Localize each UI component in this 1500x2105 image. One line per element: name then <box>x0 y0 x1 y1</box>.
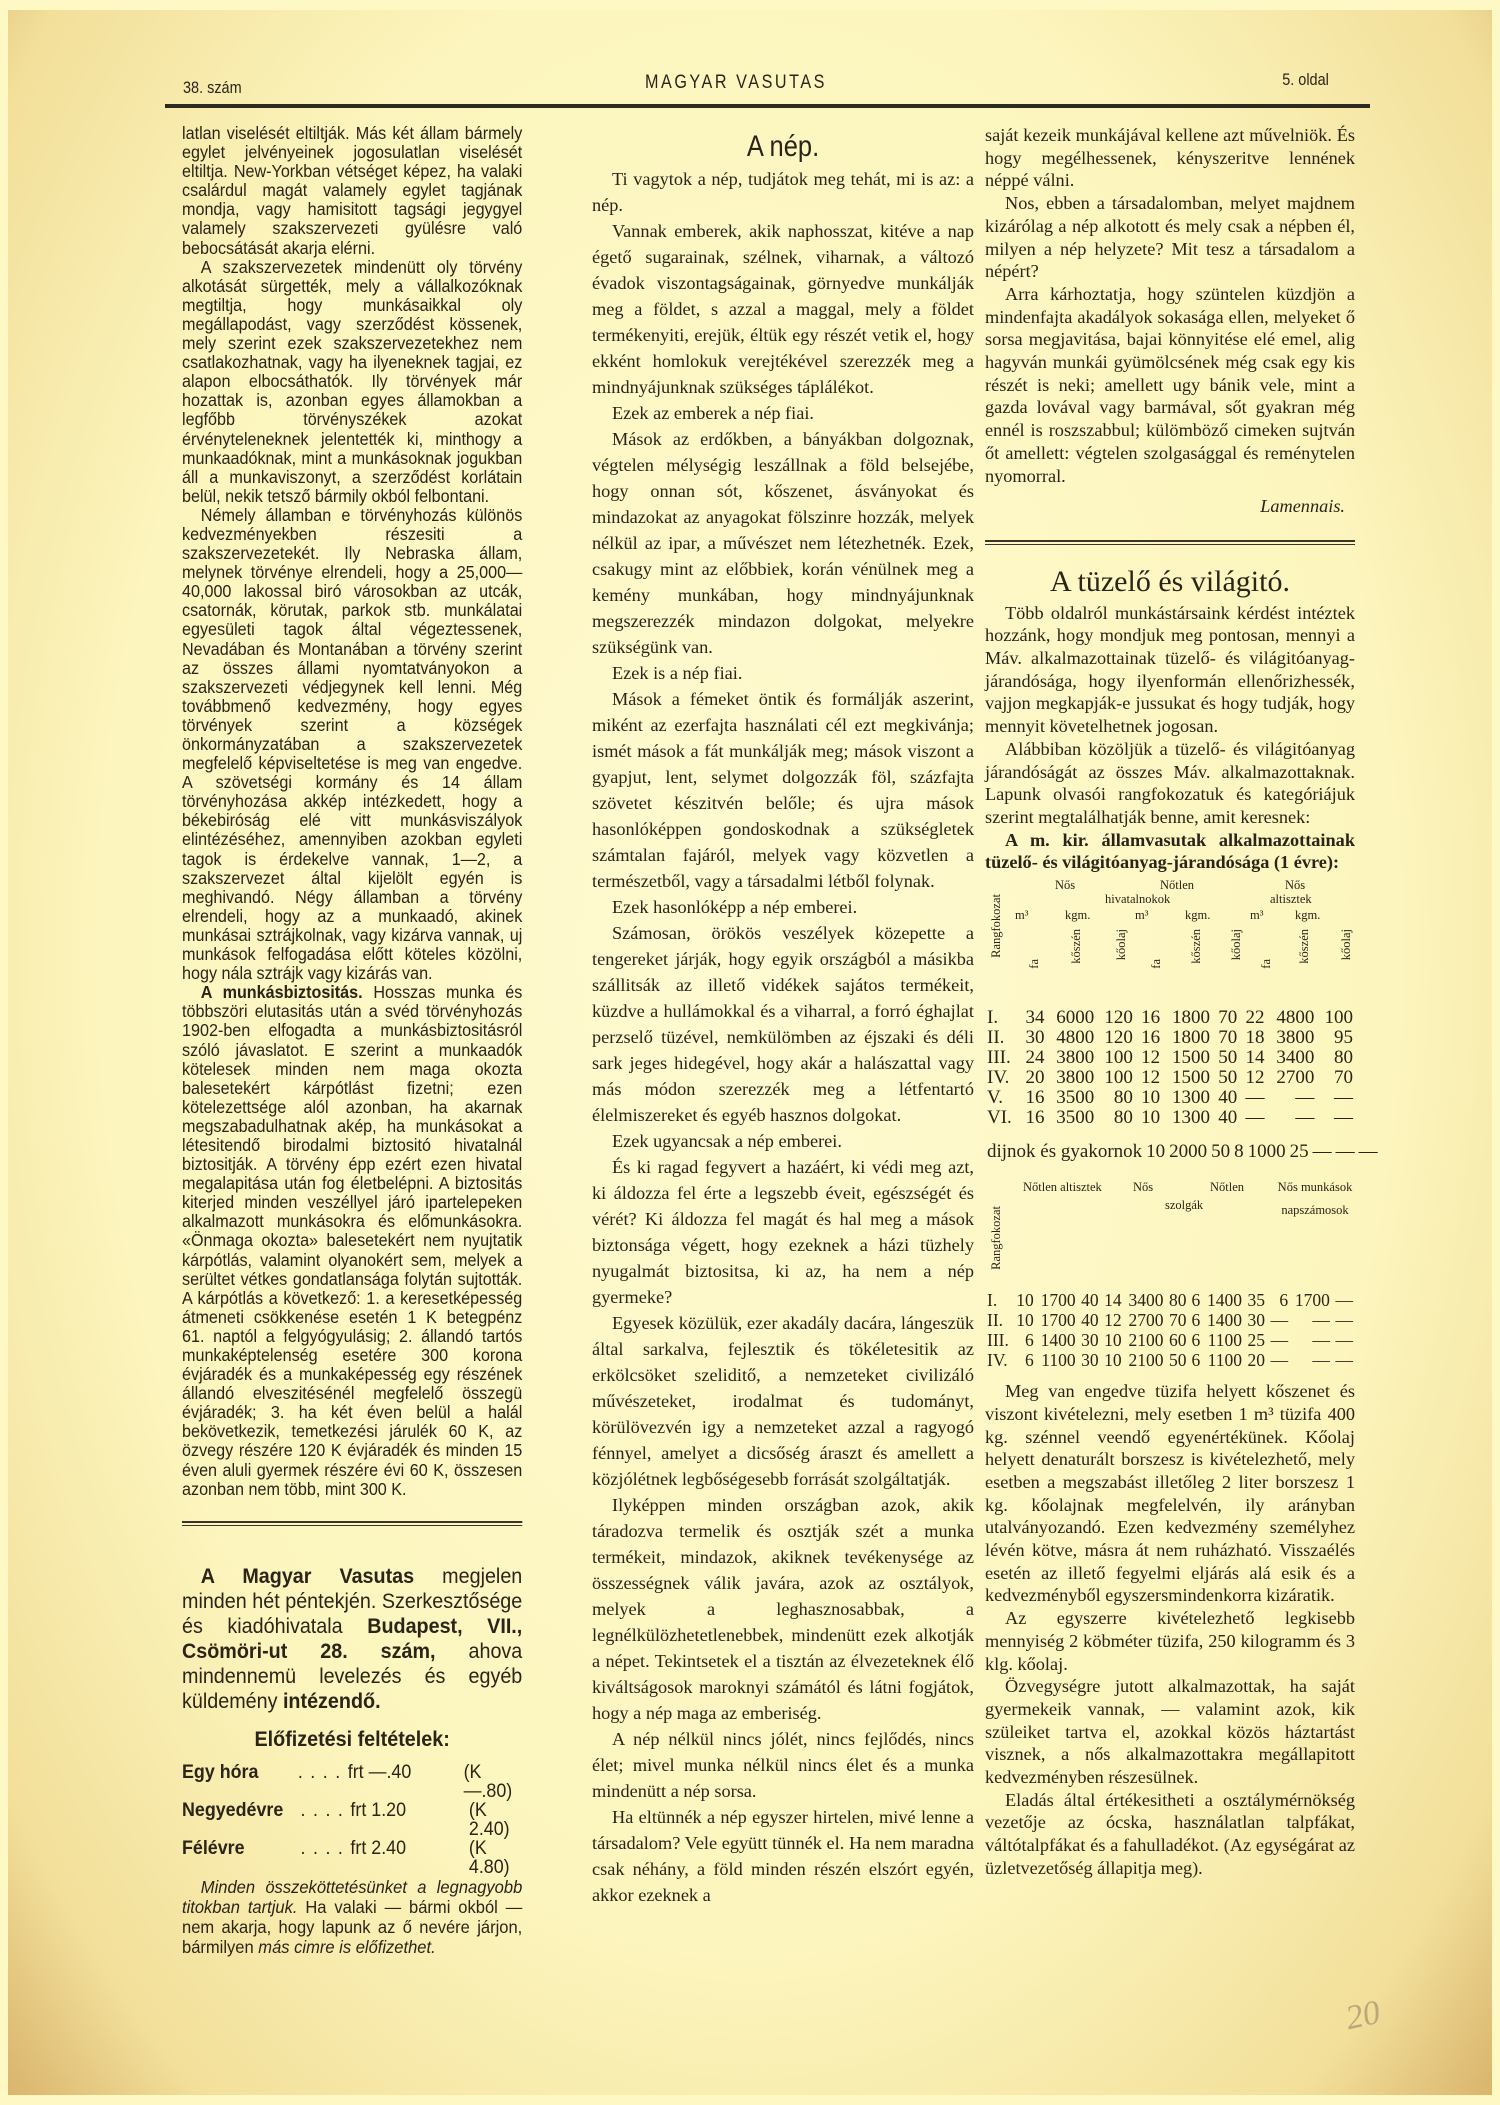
value-cell: 14 <box>1239 1048 1266 1068</box>
value-cell: 10 <box>1144 1142 1167 1162</box>
paragraph: Mások az erdőkben, a bányákban dolgoznak… <box>592 426 974 660</box>
price-row: Negyedévre....frt 1.20(K 2.40) <box>182 1801 522 1839</box>
value-cell: 80 <box>1316 1048 1355 1068</box>
table-row: III.2438001001215005014340080 <box>985 1048 1355 1068</box>
value-cell: 16 <box>1019 1108 1046 1128</box>
col-label: fa <box>1145 959 1168 969</box>
col-label: fa <box>1255 959 1278 969</box>
group-label: Nőtlen <box>1210 1176 1244 1199</box>
unit-label: kgm. <box>1065 904 1090 927</box>
price-frt: frt —.40 <box>348 1763 464 1801</box>
paragraph: Vannak emberek, akik naphosszat, kitéve … <box>592 218 974 400</box>
value-cell: 3400 <box>1124 1290 1166 1310</box>
paragraph: Ezek ugyancsak a nép emberei. <box>592 1128 974 1154</box>
value-cell: 4800 <box>1267 1008 1317 1028</box>
value-cell: 8 <box>1232 1142 1246 1162</box>
rank-cell: I. <box>985 1008 1019 1028</box>
value-cell: — <box>1267 1330 1290 1350</box>
page-number: 5. oldal <box>1282 70 1329 90</box>
fuel-table-1: I.34600012016180070224800100II.304800120… <box>985 1008 1355 1128</box>
section-divider <box>182 1521 522 1526</box>
insurance-text: Hosszas munka és többszöri elutasitás ut… <box>182 982 522 1498</box>
value-cell: 1700 <box>1036 1290 1078 1310</box>
value-cell: — <box>1316 1108 1355 1128</box>
table-row: V.1635008010130040——— <box>985 1088 1355 1108</box>
value-cell: 1400 <box>1036 1330 1078 1350</box>
value-cell: 34 <box>1019 1008 1046 1028</box>
value-cell: 4800 <box>1046 1028 1096 1048</box>
value-cell: — <box>1267 1350 1290 1370</box>
rank-cell: IV. <box>985 1350 1013 1370</box>
table-caption: A m. kir. államvasutak alkalmazottainak … <box>985 829 1355 874</box>
value-cell: 6 <box>1189 1290 1203 1310</box>
value-cell: 120 <box>1096 1028 1135 1048</box>
value-cell: 22 <box>1239 1008 1266 1028</box>
paragraph: Egyesek közülük, ezer akadály dacára, lá… <box>592 1310 974 1492</box>
value-cell: 80 <box>1096 1108 1135 1128</box>
value-cell: — <box>1267 1088 1317 1108</box>
value-cell: 2100 <box>1124 1330 1166 1350</box>
rank-cell: I. <box>985 1290 1013 1310</box>
paragraph: saját kezeik munkájával kellene azt műve… <box>985 124 1355 192</box>
fuel-table-2: I.1017004014340080614003561700—II.101700… <box>985 1290 1355 1370</box>
value-cell: 12 <box>1135 1068 1162 1088</box>
masthead-title: MAGYAR VASUTAS <box>645 72 827 94</box>
table-row: VI.1635008010130040——— <box>985 1108 1355 1128</box>
leader-dots: .... <box>300 1839 350 1877</box>
table-row: I.1017004014340080614003561700— <box>985 1290 1355 1310</box>
paragraph: Mások a fémeket öntik és formálják aszer… <box>592 686 974 894</box>
value-cell: 6 <box>1189 1350 1203 1370</box>
value-cell: 10 <box>1135 1108 1162 1128</box>
group-label: Nős <box>1133 1176 1153 1199</box>
value-cell: 6 <box>1189 1330 1203 1350</box>
paragraph: Némely államban e törvényhozás különös k… <box>182 506 522 983</box>
author-signature: Lamennais. <box>985 495 1355 518</box>
value-cell: 1400 <box>1202 1310 1244 1330</box>
fuel-table-1-extra: dijnok és gyakornok102000508100025——— <box>985 1142 1380 1162</box>
value-cell: 16 <box>1135 1008 1162 1028</box>
value-cell: 1300 <box>1162 1108 1212 1128</box>
middle-column: A nép. Ti vagytok a nép, tudjátok meg te… <box>592 124 974 1908</box>
value-cell: — <box>1267 1108 1317 1128</box>
value-cell: 3800 <box>1267 1028 1317 1048</box>
rank-cell: IV. <box>985 1068 1019 1088</box>
paragraph-insurance: A munkásbiztositás. Hosszas munka és töb… <box>182 983 522 1499</box>
col-label: kőolaj <box>1335 929 1358 960</box>
insurance-lead: A munkásbiztositás. <box>201 982 363 1002</box>
value-cell: — <box>1332 1350 1355 1370</box>
leader-dots: .... <box>298 1763 348 1801</box>
value-cell: 1100 <box>1202 1350 1244 1370</box>
rank-header: Rangfokozat <box>985 1206 1008 1270</box>
value-cell: 1500 <box>1162 1048 1212 1068</box>
value-cell: 6000 <box>1046 1008 1096 1028</box>
value-cell: 1500 <box>1162 1068 1212 1088</box>
col-label: kőolaj <box>1225 929 1248 960</box>
page-header: 38. szám MAGYAR VASUTAS 5. oldal <box>165 70 1365 106</box>
value-cell: 12 <box>1135 1048 1162 1068</box>
value-cell: 1700 <box>1036 1310 1078 1330</box>
section-divider <box>985 540 1355 545</box>
value-cell: 1100 <box>1036 1350 1078 1370</box>
value-cell: 10 <box>1135 1088 1162 1108</box>
value-cell: 100 <box>1316 1008 1355 1028</box>
value-cell: — <box>1239 1088 1266 1108</box>
table-row: III.6140030102100606110025——— <box>985 1330 1355 1350</box>
value-cell: 1800 <box>1162 1008 1212 1028</box>
value-cell: — <box>1290 1350 1332 1370</box>
paragraph: Ti vagytok a nép, tudjátok meg tehát, mi… <box>592 166 974 218</box>
price-k: (K 2.40) <box>469 1801 522 1839</box>
value-cell: 120 <box>1096 1008 1135 1028</box>
subscription-title: Előfizetési feltételek: <box>182 1730 522 1749</box>
value-cell: — <box>1316 1088 1355 1108</box>
value-cell: — <box>1357 1142 1380 1162</box>
value-cell: 20 <box>1019 1068 1046 1088</box>
value-cell: 30 <box>1078 1330 1101 1350</box>
left-column: latlan viselését eltiltják. Más két álla… <box>182 124 522 1957</box>
value-cell: 70 <box>1212 1028 1239 1048</box>
paragraph: Ezek hasonlóképp a nép emberei. <box>592 894 974 920</box>
rank-cell: II. <box>985 1310 1013 1330</box>
table2-header: Nőtlen altisztek Nős szolgák Nőtlen Nős … <box>985 1176 1355 1286</box>
value-cell: — <box>1311 1142 1334 1162</box>
article-title: A tüzelő és világitó. <box>985 571 1355 594</box>
paragraph: Eladás által értékesitheti a osztálymérn… <box>985 1789 1355 1880</box>
table-row: dijnok és gyakornok102000508100025——— <box>985 1142 1380 1162</box>
rank-cell: III. <box>985 1330 1013 1350</box>
col-label: fa <box>1023 959 1046 969</box>
value-cell: — <box>1267 1310 1290 1330</box>
table-row: IV.6110030102100506110020——— <box>985 1350 1355 1370</box>
paragraph: Nos, ebben a társadalomban, melyet majdn… <box>985 192 1355 283</box>
value-cell: 2700 <box>1124 1310 1166 1330</box>
paragraph: Alábbiban közöljük a tüzelő- és világitó… <box>985 738 1355 829</box>
value-cell: — <box>1334 1142 1357 1162</box>
value-cell: 16 <box>1019 1088 1046 1108</box>
issue-number: 38. szám <box>183 78 242 98</box>
table-row: I.34600012016180070224800100 <box>985 1008 1355 1028</box>
value-cell: 2000 <box>1167 1142 1209 1162</box>
value-cell: 25 <box>1244 1330 1267 1350</box>
value-cell: — <box>1332 1290 1355 1310</box>
paragraph: latlan viselését eltiltják. Más két álla… <box>182 124 522 258</box>
rank-cell: II. <box>985 1028 1019 1048</box>
paragraph: Ilyképpen minden országban azok, akik tá… <box>592 1492 974 1726</box>
col-label: kőszén <box>1293 929 1316 964</box>
group-label: Nős <box>1055 874 1075 897</box>
value-cell: 18 <box>1239 1028 1266 1048</box>
value-cell: 6 <box>1013 1330 1036 1350</box>
value-cell: 1000 <box>1246 1142 1288 1162</box>
value-cell: 10 <box>1013 1290 1036 1310</box>
subscription-note: Minden összeköttetésünket a legnagyobb t… <box>182 1877 522 1957</box>
value-cell: 80 <box>1165 1290 1188 1310</box>
value-cell: 1100 <box>1202 1330 1244 1350</box>
publisher-notice: A Magyar Vasutas megjelen minden hét pén… <box>182 1564 522 1714</box>
price-row: Félévre....frt 2.40(K 4.80) <box>182 1839 522 1877</box>
value-cell: 30 <box>1078 1350 1101 1370</box>
value-cell: — <box>1239 1108 1266 1128</box>
note-italic: más cimre is előfizethet. <box>258 1937 435 1957</box>
rank-cell: III. <box>985 1048 1019 1068</box>
value-cell: 1800 <box>1162 1028 1212 1048</box>
value-cell: 3500 <box>1046 1108 1096 1128</box>
value-cell: 35 <box>1244 1290 1267 1310</box>
value-cell: 70 <box>1165 1310 1188 1330</box>
right-column: saját kezeik munkájával kellene azt műve… <box>985 124 1355 1880</box>
unit-label: kgm. <box>1295 904 1320 927</box>
paragraph: Ezek is a nép fiai. <box>592 660 974 686</box>
price-k: (K 4.80) <box>469 1839 522 1877</box>
value-cell: 95 <box>1316 1028 1355 1048</box>
value-cell: 6 <box>1189 1310 1203 1330</box>
value-cell: 1400 <box>1202 1290 1244 1310</box>
rank-cell: dijnok és gyakornok <box>985 1142 1144 1162</box>
header-rule <box>165 104 1370 108</box>
value-cell: 24 <box>1019 1048 1046 1068</box>
group-label: Nőtlen altisztek <box>1023 1176 1102 1199</box>
value-cell: 25 <box>1288 1142 1311 1162</box>
table-row: II.3048001201618007018380095 <box>985 1028 1355 1048</box>
value-cell: 10 <box>1101 1330 1124 1350</box>
value-cell: 50 <box>1212 1048 1239 1068</box>
value-cell: 50 <box>1212 1068 1239 1088</box>
value-cell: 40 <box>1212 1108 1239 1128</box>
paragraph: A szakszervezetek mindenütt oly törvény … <box>182 258 522 506</box>
value-cell: 6 <box>1013 1350 1036 1370</box>
unit-label: m³ <box>1250 904 1263 927</box>
price-frt: frt 1.20 <box>350 1801 468 1839</box>
paragraph: Arra kárhoztatja, hogy szüntelen küzdjön… <box>985 283 1355 487</box>
paragraph: Özvegységre jutott alkalmazottak, ha saj… <box>985 1675 1355 1789</box>
value-cell: 10 <box>1013 1310 1036 1330</box>
value-cell: 40 <box>1078 1290 1101 1310</box>
value-cell: 16 <box>1135 1028 1162 1048</box>
value-cell: — <box>1290 1310 1332 1330</box>
group-label: szolgák <box>1165 1194 1203 1217</box>
value-cell: — <box>1332 1310 1355 1330</box>
price-k: (K —.80) <box>464 1763 523 1801</box>
value-cell: 70 <box>1316 1068 1355 1088</box>
value-cell: 20 <box>1244 1350 1267 1370</box>
unit-label: m³ <box>1135 904 1148 927</box>
rank-cell: V. <box>985 1088 1019 1108</box>
leader-dots: .... <box>300 1801 350 1839</box>
table-row: IV.2038001001215005012270070 <box>985 1068 1355 1088</box>
table-row: II.10170040122700706140030——— <box>985 1310 1355 1330</box>
value-cell: 12 <box>1101 1310 1124 1330</box>
col-label: kőszén <box>1185 929 1208 964</box>
value-cell: 3500 <box>1046 1088 1096 1108</box>
value-cell: 50 <box>1209 1142 1232 1162</box>
price-label: Félévre <box>182 1839 300 1877</box>
paragraph: Ezek az emberek a nép fiai. <box>592 400 974 426</box>
value-cell: 30 <box>1019 1028 1046 1048</box>
value-cell: 1700 <box>1290 1290 1332 1310</box>
notice-text: A Magyar Vasutas megjelen minden hét pén… <box>182 1564 522 1714</box>
value-cell: 80 <box>1096 1088 1135 1108</box>
rank-header: Rangfokozat <box>985 894 1008 958</box>
value-cell: 10 <box>1101 1350 1124 1370</box>
paper-name: A Magyar Vasutas <box>201 1565 414 1588</box>
paragraph: Több oldalról munkástársaink kérdést int… <box>985 602 1355 738</box>
paragraph: Számosan, örökös veszélyek közepette a t… <box>592 920 974 1128</box>
value-cell: 1300 <box>1162 1088 1212 1108</box>
price-label: Negyedévre <box>182 1801 300 1839</box>
paragraph: Ha eltünnék a nép egyszer hirtelen, mivé… <box>592 1804 974 1908</box>
price-row: Egy hóra....frt —.40(K —.80) <box>182 1763 522 1801</box>
price-label: Egy hóra <box>182 1763 298 1801</box>
value-cell: 100 <box>1096 1048 1135 1068</box>
value-cell: 40 <box>1212 1088 1239 1108</box>
value-cell: 12 <box>1239 1068 1266 1088</box>
article-title: A nép. <box>621 134 946 160</box>
value-cell: 100 <box>1096 1068 1135 1088</box>
col-label: kőszén <box>1065 929 1088 964</box>
value-cell: — <box>1332 1330 1355 1350</box>
unit-label: m³ <box>1015 904 1028 927</box>
table1-header: Nős Nőtlen Nős hivatalnokok altisztek m³… <box>985 874 1355 1004</box>
rank-cell: VI. <box>985 1108 1019 1128</box>
paragraph: A nép nélkül nincs jólét, nincs fejlődés… <box>592 1726 974 1804</box>
value-cell: 3400 <box>1267 1048 1317 1068</box>
value-cell: 6 <box>1267 1290 1290 1310</box>
value-cell: 70 <box>1212 1008 1239 1028</box>
value-cell: 3800 <box>1046 1068 1096 1088</box>
paragraph: És ki ragad fegyvert a hazáért, ki védi … <box>592 1154 974 1310</box>
notice-part: intézendő. <box>283 1690 381 1713</box>
value-cell: — <box>1290 1330 1332 1350</box>
paragraph: Az egyszerre kivételezhető legkisebb men… <box>985 1607 1355 1675</box>
col-label: kőolaj <box>1110 929 1133 960</box>
value-cell: 60 <box>1165 1330 1188 1350</box>
value-cell: 30 <box>1244 1310 1267 1330</box>
price-frt: frt 2.40 <box>350 1839 468 1877</box>
value-cell: 14 <box>1101 1290 1124 1310</box>
value-cell: 50 <box>1165 1350 1188 1370</box>
value-cell: 40 <box>1078 1310 1101 1330</box>
paragraph: Meg van engedve tüzifa helyett kőszenet … <box>985 1380 1355 1607</box>
value-cell: 2700 <box>1267 1068 1317 1088</box>
unit-label: kgm. <box>1185 904 1210 927</box>
value-cell: 3800 <box>1046 1048 1096 1068</box>
group-label: Nős munkások napszámosok <box>1275 1176 1355 1221</box>
value-cell: 2100 <box>1124 1350 1166 1370</box>
